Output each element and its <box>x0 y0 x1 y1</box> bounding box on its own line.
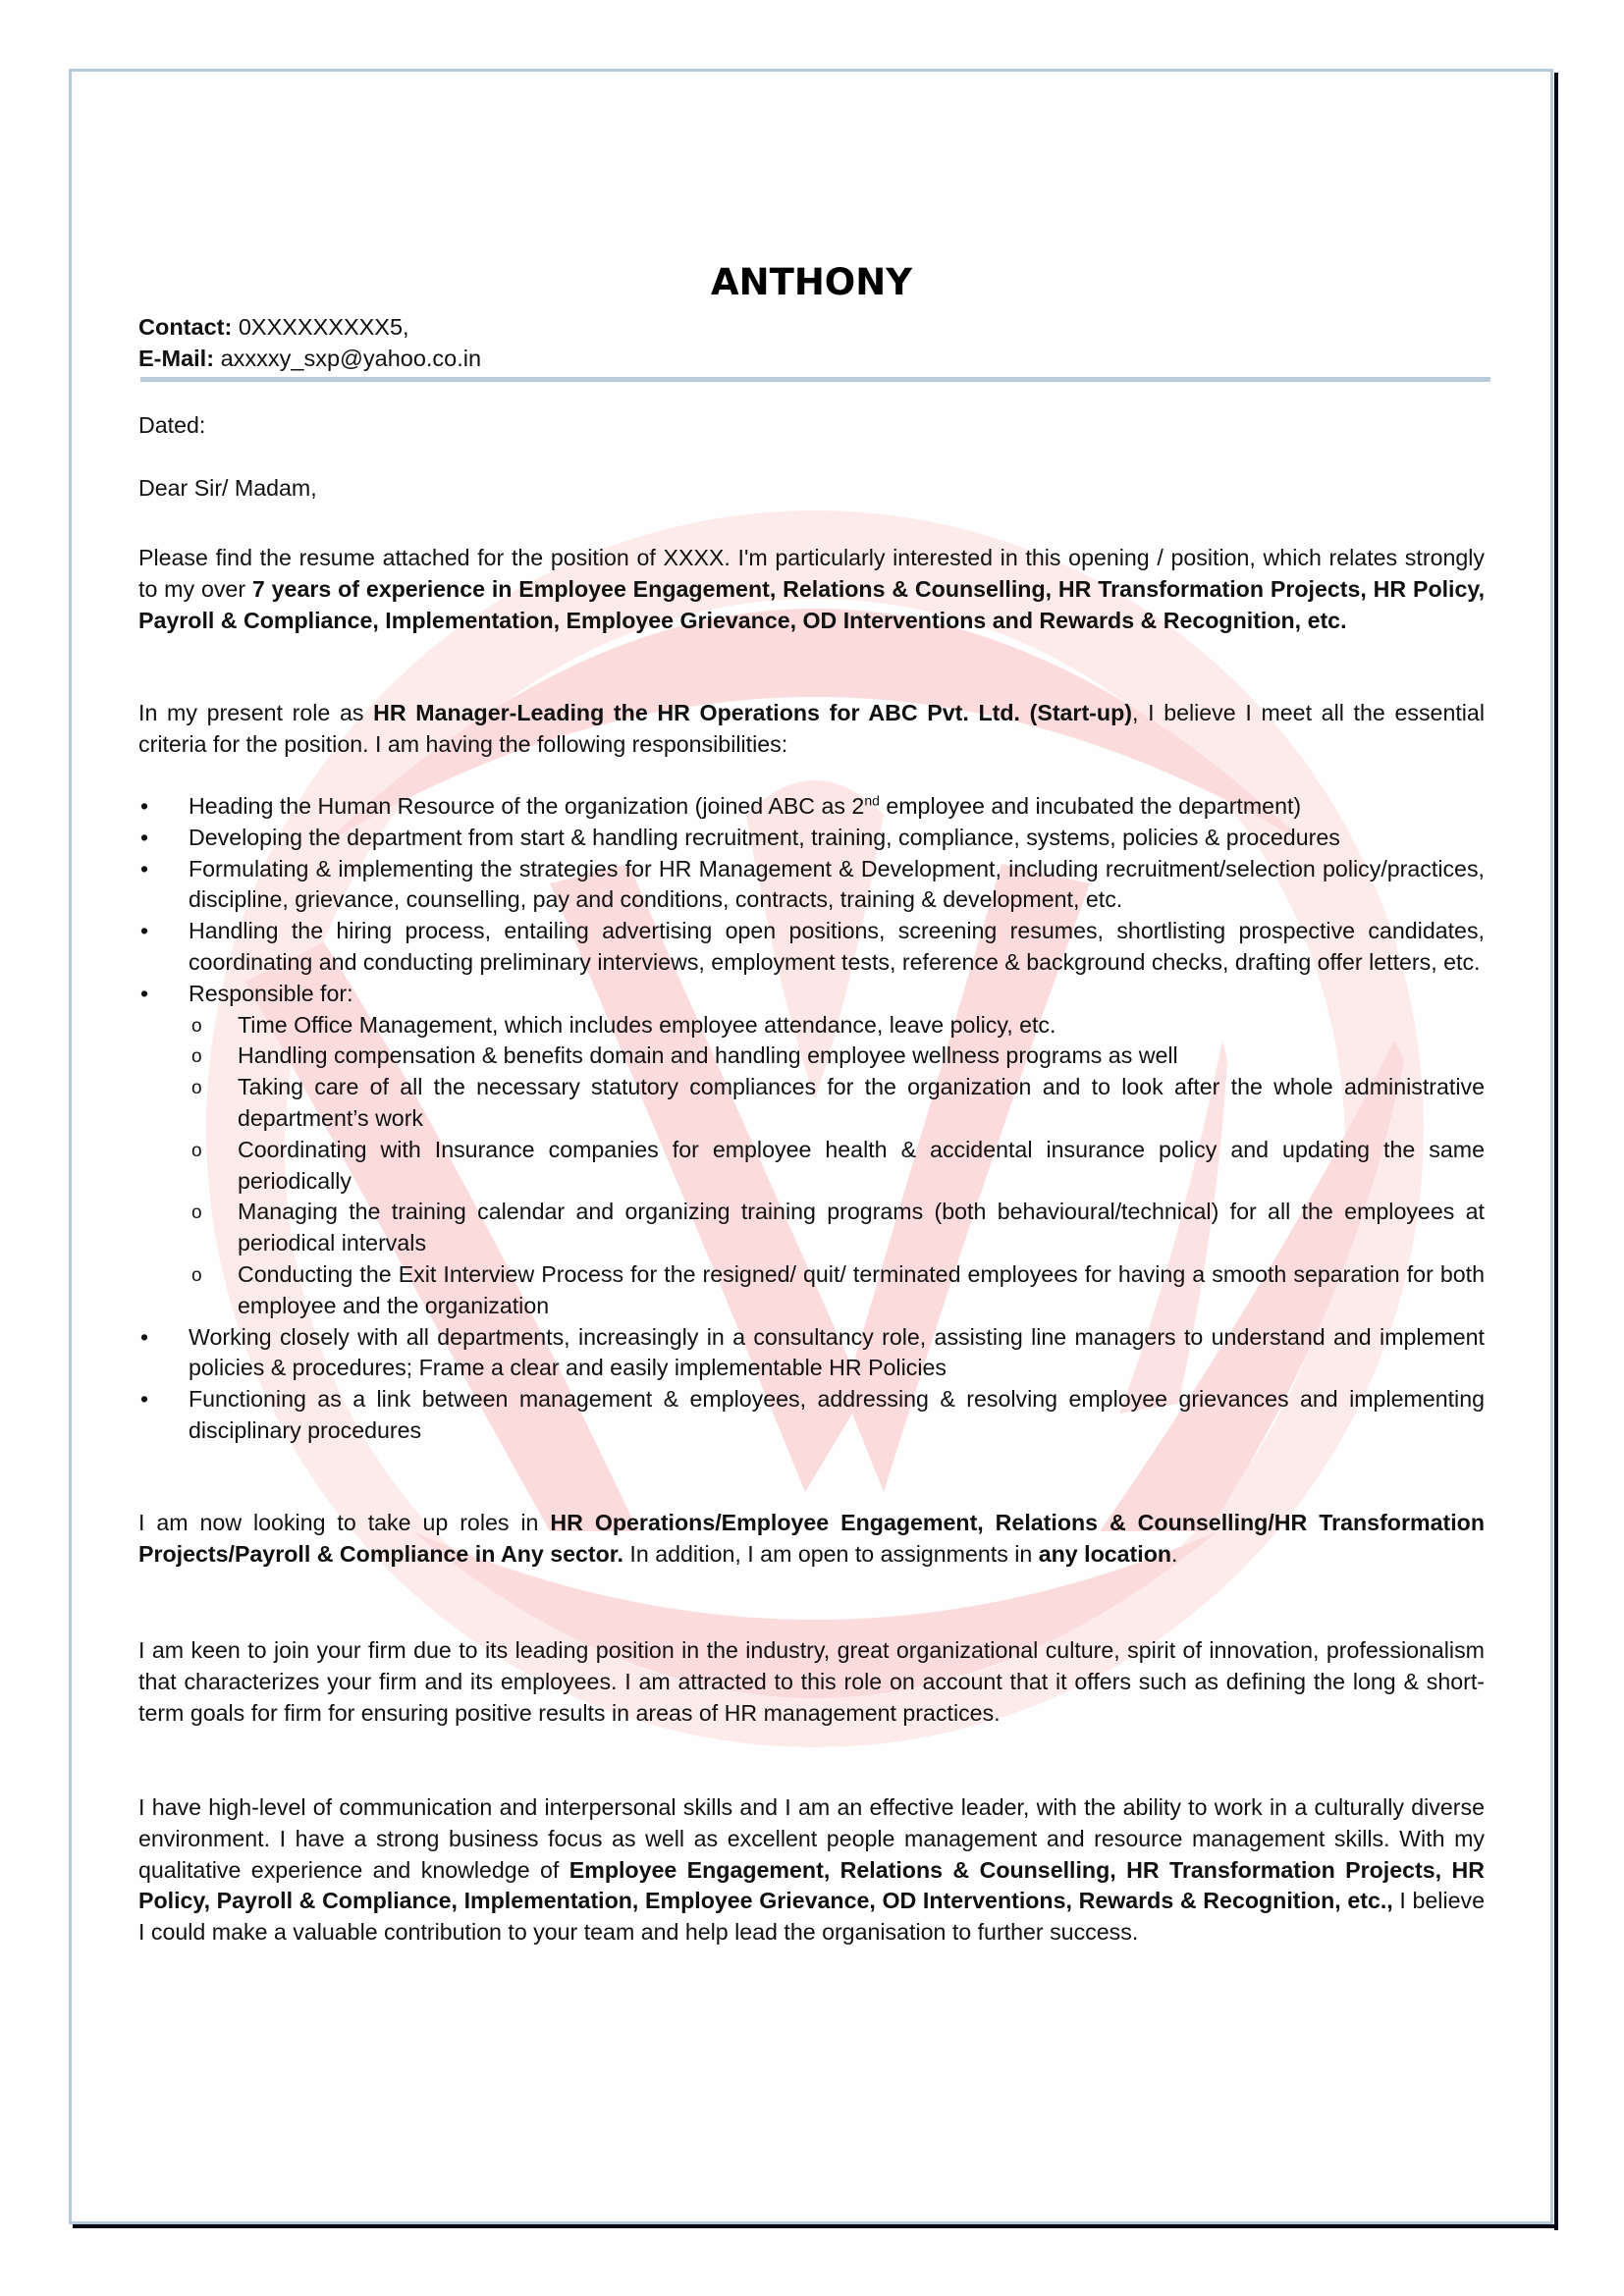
circle-bullet-icon: o <box>191 1136 202 1167</box>
applicant-name: ANTHONY <box>138 267 1485 298</box>
list-item: •Formulating & implementing the strategi… <box>138 854 1485 917</box>
bullet-icon: • <box>140 979 148 1010</box>
contact-label: Contact: <box>138 314 232 340</box>
circle-bullet-icon: o <box>191 1011 202 1042</box>
sub-list-item: oConducting the Exit Interview Process f… <box>189 1259 1485 1322</box>
paragraph-role-text-1: In my present role as <box>138 700 373 725</box>
responsibilities-list: •Heading the Human Resource of the organ… <box>138 791 1485 1447</box>
page-shadow-right <box>1554 73 1558 2230</box>
sub-list-item: oHandling compensation & benefits domain… <box>189 1041 1485 1072</box>
list-item-text: Heading the Human Resource of the organi… <box>189 793 864 819</box>
paragraph-looking-text-3: . <box>1171 1541 1177 1567</box>
bullet-icon: • <box>140 791 148 823</box>
bullet-icon: • <box>140 1384 148 1415</box>
paragraph-looking-text-2: In addition, I am open to assignments in <box>623 1541 1039 1567</box>
responsible-for-sublist: oTime Office Management, which includes … <box>189 1010 1485 1322</box>
sub-list-item: oTime Office Management, which includes … <box>189 1010 1485 1041</box>
page-shadow-bottom <box>73 2224 1558 2228</box>
paragraph-looking-for: I am now looking to take up roles in HR … <box>138 1508 1485 1571</box>
sub-list-item: oTaking care of all the necessary statut… <box>189 1072 1485 1135</box>
list-item-text: Formulating & implementing the strategie… <box>189 856 1485 913</box>
paragraph-keen-to-join: I am keen to join your firm due to its l… <box>138 1635 1485 1729</box>
circle-bullet-icon: o <box>191 1260 202 1292</box>
sub-list-item: oCoordinating with Insurance companies f… <box>189 1135 1485 1198</box>
circle-bullet-icon: o <box>191 1041 202 1073</box>
sub-list-item-text: Managing the training calendar and organ… <box>238 1199 1485 1255</box>
superscript: nd <box>864 792 880 808</box>
paragraph-role-bold: HR Manager-Leading the HR Operations for… <box>373 700 1132 725</box>
list-item-text: Developing the department from start & h… <box>189 825 1340 850</box>
sub-list-item: oManaging the training calendar and orga… <box>189 1197 1485 1259</box>
list-item-text: employee and incubated the department) <box>880 793 1301 819</box>
paragraph-present-role: In my present role as HR Manager-Leading… <box>138 698 1485 761</box>
list-item: •Developing the department from start & … <box>138 823 1485 854</box>
circle-bullet-icon: o <box>191 1198 202 1229</box>
list-item: •Heading the Human Resource of the organ… <box>138 791 1485 823</box>
list-item-text: Working closely with all departments, in… <box>189 1324 1485 1381</box>
paragraph-intro: Please find the resume attached for the … <box>138 543 1485 636</box>
list-item: •Responsible for: oTime Office Managemen… <box>138 979 1485 1322</box>
sub-list-item-text: Time Office Management, which includes e… <box>238 1012 1056 1038</box>
email-value[interactable]: axxxxy_sxp@yahoo.co.in <box>221 346 482 371</box>
list-item: •Handling the hiring process, entailing … <box>138 916 1485 979</box>
bullet-icon: • <box>140 823 148 854</box>
circle-bullet-icon: o <box>191 1073 202 1104</box>
bullet-icon: • <box>140 916 148 947</box>
list-item-text: Responsible for: <box>189 981 353 1006</box>
paragraph-looking-bold-2: any location <box>1039 1541 1171 1567</box>
paragraph-looking-text-1: I am now looking to take up roles in <box>138 1510 550 1535</box>
list-item: •Functioning as a link between managemen… <box>138 1384 1485 1447</box>
sub-list-item-text: Conducting the Exit Interview Process fo… <box>238 1261 1485 1318</box>
sub-list-item-text: Taking care of all the necessary statuto… <box>238 1074 1485 1131</box>
dated-line: Dated: <box>138 410 1485 442</box>
sub-list-item-text: Handling compensation & benefits domain … <box>238 1042 1178 1068</box>
sub-list-item-text: Coordinating with Insurance companies fo… <box>238 1137 1485 1194</box>
email-line: E-Mail: axxxxy_sxp@yahoo.co.in <box>138 344 481 375</box>
paragraph-intro-bold: 7 years of experience in Employee Engage… <box>138 576 1485 633</box>
contact-value: 0XXXXXXXXX5, <box>239 314 409 340</box>
contact-line: Contact: 0XXXXXXXXX5, <box>138 312 409 344</box>
salutation: Dear Sir/ Madam, <box>138 473 1485 505</box>
header-divider <box>140 377 1490 382</box>
paragraph-skills: I have high-level of communication and i… <box>138 1792 1485 1949</box>
bullet-icon: • <box>140 1322 148 1354</box>
list-item: •Working closely with all departments, i… <box>138 1322 1485 1385</box>
list-item-text: Handling the hiring process, entailing a… <box>189 918 1485 975</box>
bullet-icon: • <box>140 854 148 885</box>
list-item-text: Functioning as a link between management… <box>189 1386 1485 1443</box>
email-label: E-Mail: <box>138 346 214 371</box>
